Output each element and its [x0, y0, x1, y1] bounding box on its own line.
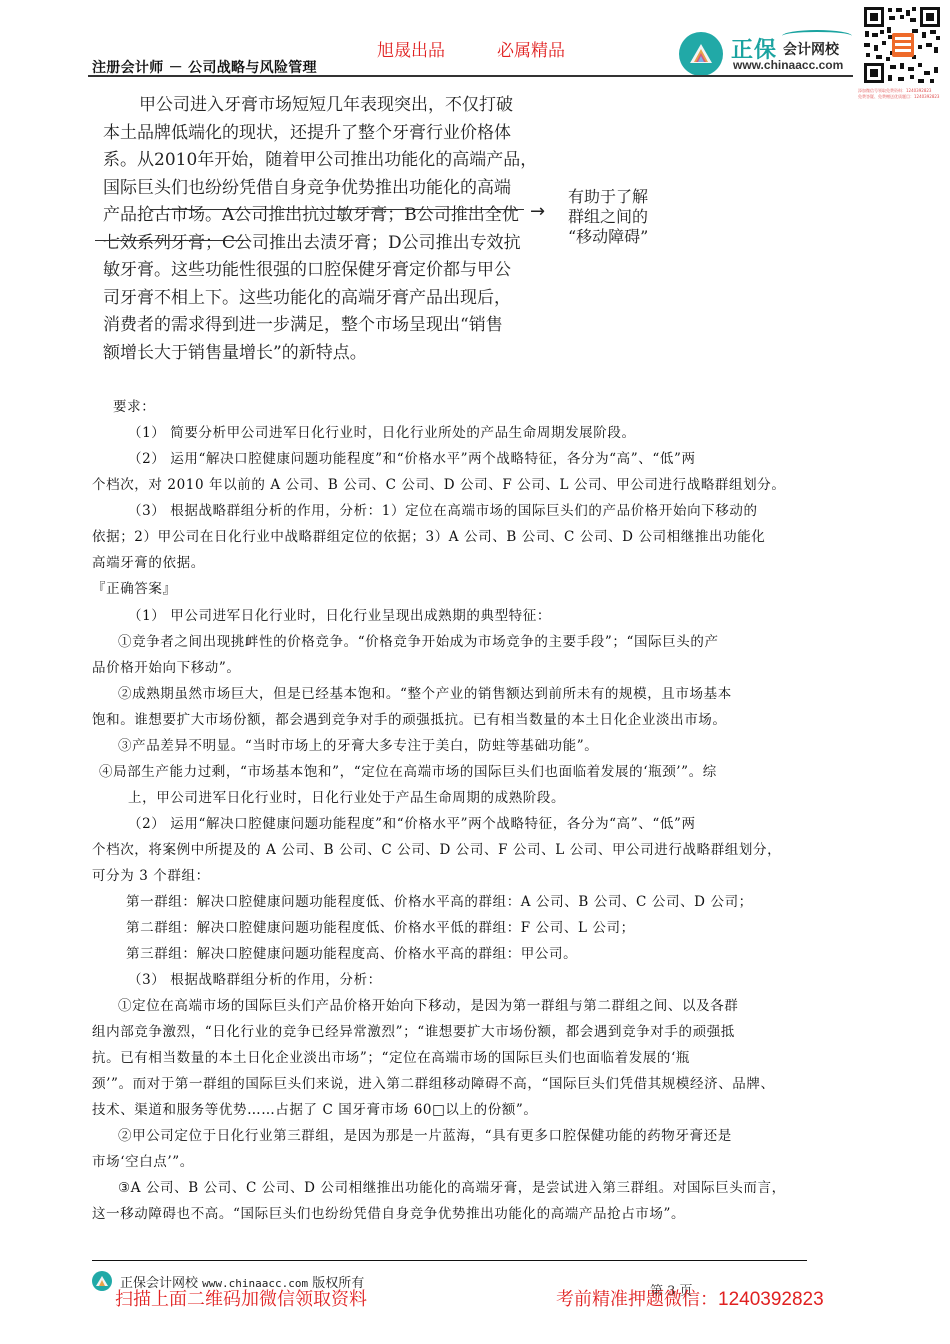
- footer-divider: [92, 1260, 807, 1261]
- requirement-3-line: （3） 根据战略群组分析的作用，分析：1）定位在高端市场的国际巨头们的产品价格开…: [128, 499, 758, 519]
- answer-part3-point: 技术、渠道和服务等优势……占据了 C 国牙膏市场 60□以上的份额”。: [92, 1098, 538, 1118]
- doc-title: 注册会计师 － 公司战略与风险管理: [92, 57, 317, 77]
- annotation-line: 群组之间的: [568, 207, 648, 227]
- answer-part1-point: 饱和。谁想要扩大市场份额，都会遇到竞争对手的顽强抵抗。已有相当数量的本土日化企业…: [92, 708, 727, 728]
- chinaacc-logo-icon: [92, 1271, 112, 1291]
- requirements-heading: 要求：: [113, 395, 155, 415]
- watermark-right: 必属精品: [497, 36, 565, 61]
- answer-part3-point: 颈’”。而对于第一群组的国际巨头们来说，进入第二群组移动障碍不高，“国际巨头们凭…: [92, 1072, 775, 1092]
- promo-scan-qr: 扫描上面二维码加微信领取资料: [115, 1285, 367, 1311]
- promo-wechat-number: 1240392823: [718, 1289, 824, 1310]
- logo-subtitle: 会计网校: [783, 39, 839, 59]
- answer-part2-intro: 可分为 3 个群组：: [92, 864, 210, 884]
- answer-part3-intro: （3） 根据战略群组分析的作用，分析：: [128, 968, 382, 988]
- case-line: 消费者的需求得到进一步满足，整个市场呈现出“销售: [103, 312, 533, 340]
- strategic-group-1: 第一群组：解决口腔健康问题功能程度低、价格水平高的群组：A 公司、B 公司、C …: [126, 890, 753, 910]
- underline-mark: [150, 209, 524, 210]
- answer-part1-point: ①竞争者之间出现挑衅性的价格竞争。“价格竞争开始成为市场竞争的主要手段”；“国际…: [118, 630, 719, 650]
- answer-part3-point: ①定位在高端市场的国际巨头们产品价格开始向下移动，是因为第一群组与第二群组之间、…: [118, 994, 738, 1014]
- answer-part2-intro: 个档次，将案例中所提及的 A 公司、B 公司、C 公司、D 公司、F 公司、L …: [92, 838, 781, 858]
- annotation-line: “移动障碍”: [568, 227, 648, 247]
- chinaacc-logo-icon: [679, 32, 723, 76]
- annotation-line: 有助于了解: [568, 187, 648, 207]
- requirement-1: （1） 简要分析甲公司进军日化行业时，日化行业所处的产品生命周期发展阶段。: [128, 421, 636, 441]
- strategic-group-2: 第二群组：解决口腔健康问题功能程度低、价格水平低的群组：F 公司、L 公司；: [126, 916, 635, 936]
- answer-part3-point: ②甲公司定位于日化行业第三群组，是因为那是一片蓝海，“具有更多口腔保健功能的药物…: [118, 1124, 732, 1144]
- answer-part1-point: 上，甲公司进军日化行业时，日化行业处于产品生命周期的成熟阶段。: [128, 786, 565, 806]
- qr-code-icon[interactable]: [862, 5, 942, 85]
- case-line: 额增长大于销售量增长”的新特点。: [103, 340, 533, 368]
- answer-part2-intro: （2） 运用“解决口腔健康问题功能程度”和“价格水平”两个战略特征，各分为“高”…: [128, 812, 696, 832]
- answer-part1-intro: （1） 甲公司进军日化行业时，日化行业呈现出成熟期的典型特征：: [128, 604, 551, 624]
- margin-annotation: 有助于了解 群组之间的 “移动障碍”: [568, 187, 648, 247]
- case-line: 本土品牌低端化的现状，还提升了整个牙膏行业价格体: [103, 120, 533, 148]
- case-line: 国际巨头们也纷纷凭借自身竞争优势推出功能化的高端: [103, 175, 533, 203]
- case-line: 系。从2010年开始，随着甲公司推出功能化的高端产品，: [103, 147, 533, 175]
- answer-part3-point: 组内部竞争激烈，“日化行业的竞争已经异常激烈”；“谁想要扩大市场份额，都会遇到竞…: [92, 1020, 735, 1040]
- answer-part3-point: 这一移动障碍也不高。“国际巨头们也纷纷凭借自身竞争优势推出功能化的高端产品抢占市…: [92, 1202, 685, 1222]
- answer-part1-point: ④局部生产能力过剩，“市场基本饱和”，“定位在高端市场的国际巨头们也面临着发展的…: [99, 760, 717, 780]
- promo-wechat-label: 考前精准押题微信：: [556, 1289, 718, 1310]
- case-line: 七效系列牙膏；C公司推出去渍牙膏；D公司推出专效抗: [103, 230, 533, 258]
- watermark-left: 旭晟出品: [377, 36, 445, 61]
- arrow-right-icon: →: [530, 201, 545, 222]
- qr-caption-line: 免费答疑、免费赠送优质题目：1240392823: [858, 94, 948, 100]
- case-passage: 甲公司进入牙膏市场短短几年表现突出，不仅打破 本土品牌低端化的现状，还提升了整个…: [103, 92, 533, 367]
- requirement-3-line: 高端牙膏的依据。: [92, 551, 205, 571]
- qr-caption: 添加微信号领取免费资料：1240392823 免费答疑、免费赠送优质题目：124…: [858, 88, 948, 100]
- case-line: 司牙膏不相上下。这些功能化的高端牙膏产品出现后，: [103, 285, 533, 313]
- answer-part1-point: ③产品差异不明显。“当时市场上的牙膏大多专注于美白，防蛀等基础功能”。: [118, 734, 598, 754]
- answer-part3-point: 市场‘空白点’”。: [92, 1150, 194, 1170]
- logo-url[interactable]: www.chinaacc.com: [733, 58, 843, 72]
- case-line: 产品抢占市场。A公司推出抗过敏牙膏；B公司推出全优: [103, 202, 533, 230]
- requirement-2-line: 个档次，对 2010 年以前的 A 公司、B 公司、C 公司、D 公司、F 公司…: [92, 473, 785, 493]
- requirement-3-line: 依据；2）甲公司在日化行业中战略群组定位的依据；3）A 公司、B 公司、C 公司…: [92, 525, 765, 545]
- header-divider: [88, 75, 853, 77]
- promo-wechat: 考前精准押题微信：1240392823: [556, 1285, 824, 1311]
- answer-part3-point: ③A 公司、B 公司、C 公司、D 公司相继推出功能化的高端牙膏，是尝试进入第三…: [118, 1176, 786, 1196]
- requirement-2-line: （2） 运用“解决口腔健康问题功能程度”和“价格水平”两个战略特征，各分为“高”…: [128, 447, 696, 467]
- answer-heading: 『正确答案』: [92, 577, 177, 597]
- strategic-group-3: 第三群组：解决口腔健康问题功能程度高、价格水平高的群组：甲公司。: [126, 942, 577, 962]
- answer-part1-point: ②成熟期虽然市场巨大，但是已经基本饱和。“整个产业的销售额达到前所未有的规模，且…: [118, 682, 732, 702]
- answer-part1-point: 品价格开始向下移动”。: [92, 656, 241, 676]
- answer-part3-point: 抗。已有相当数量的本土日化企业淡出市场”；“定位在高端市场的国际巨头们也面临着发…: [92, 1046, 690, 1066]
- underline-mark: [95, 240, 248, 241]
- case-line: 甲公司进入牙膏市场短短几年表现突出，不仅打破: [103, 92, 533, 120]
- case-line: 敏牙膏。这些功能性很强的口腔保健牙膏定价都与甲公: [103, 257, 533, 285]
